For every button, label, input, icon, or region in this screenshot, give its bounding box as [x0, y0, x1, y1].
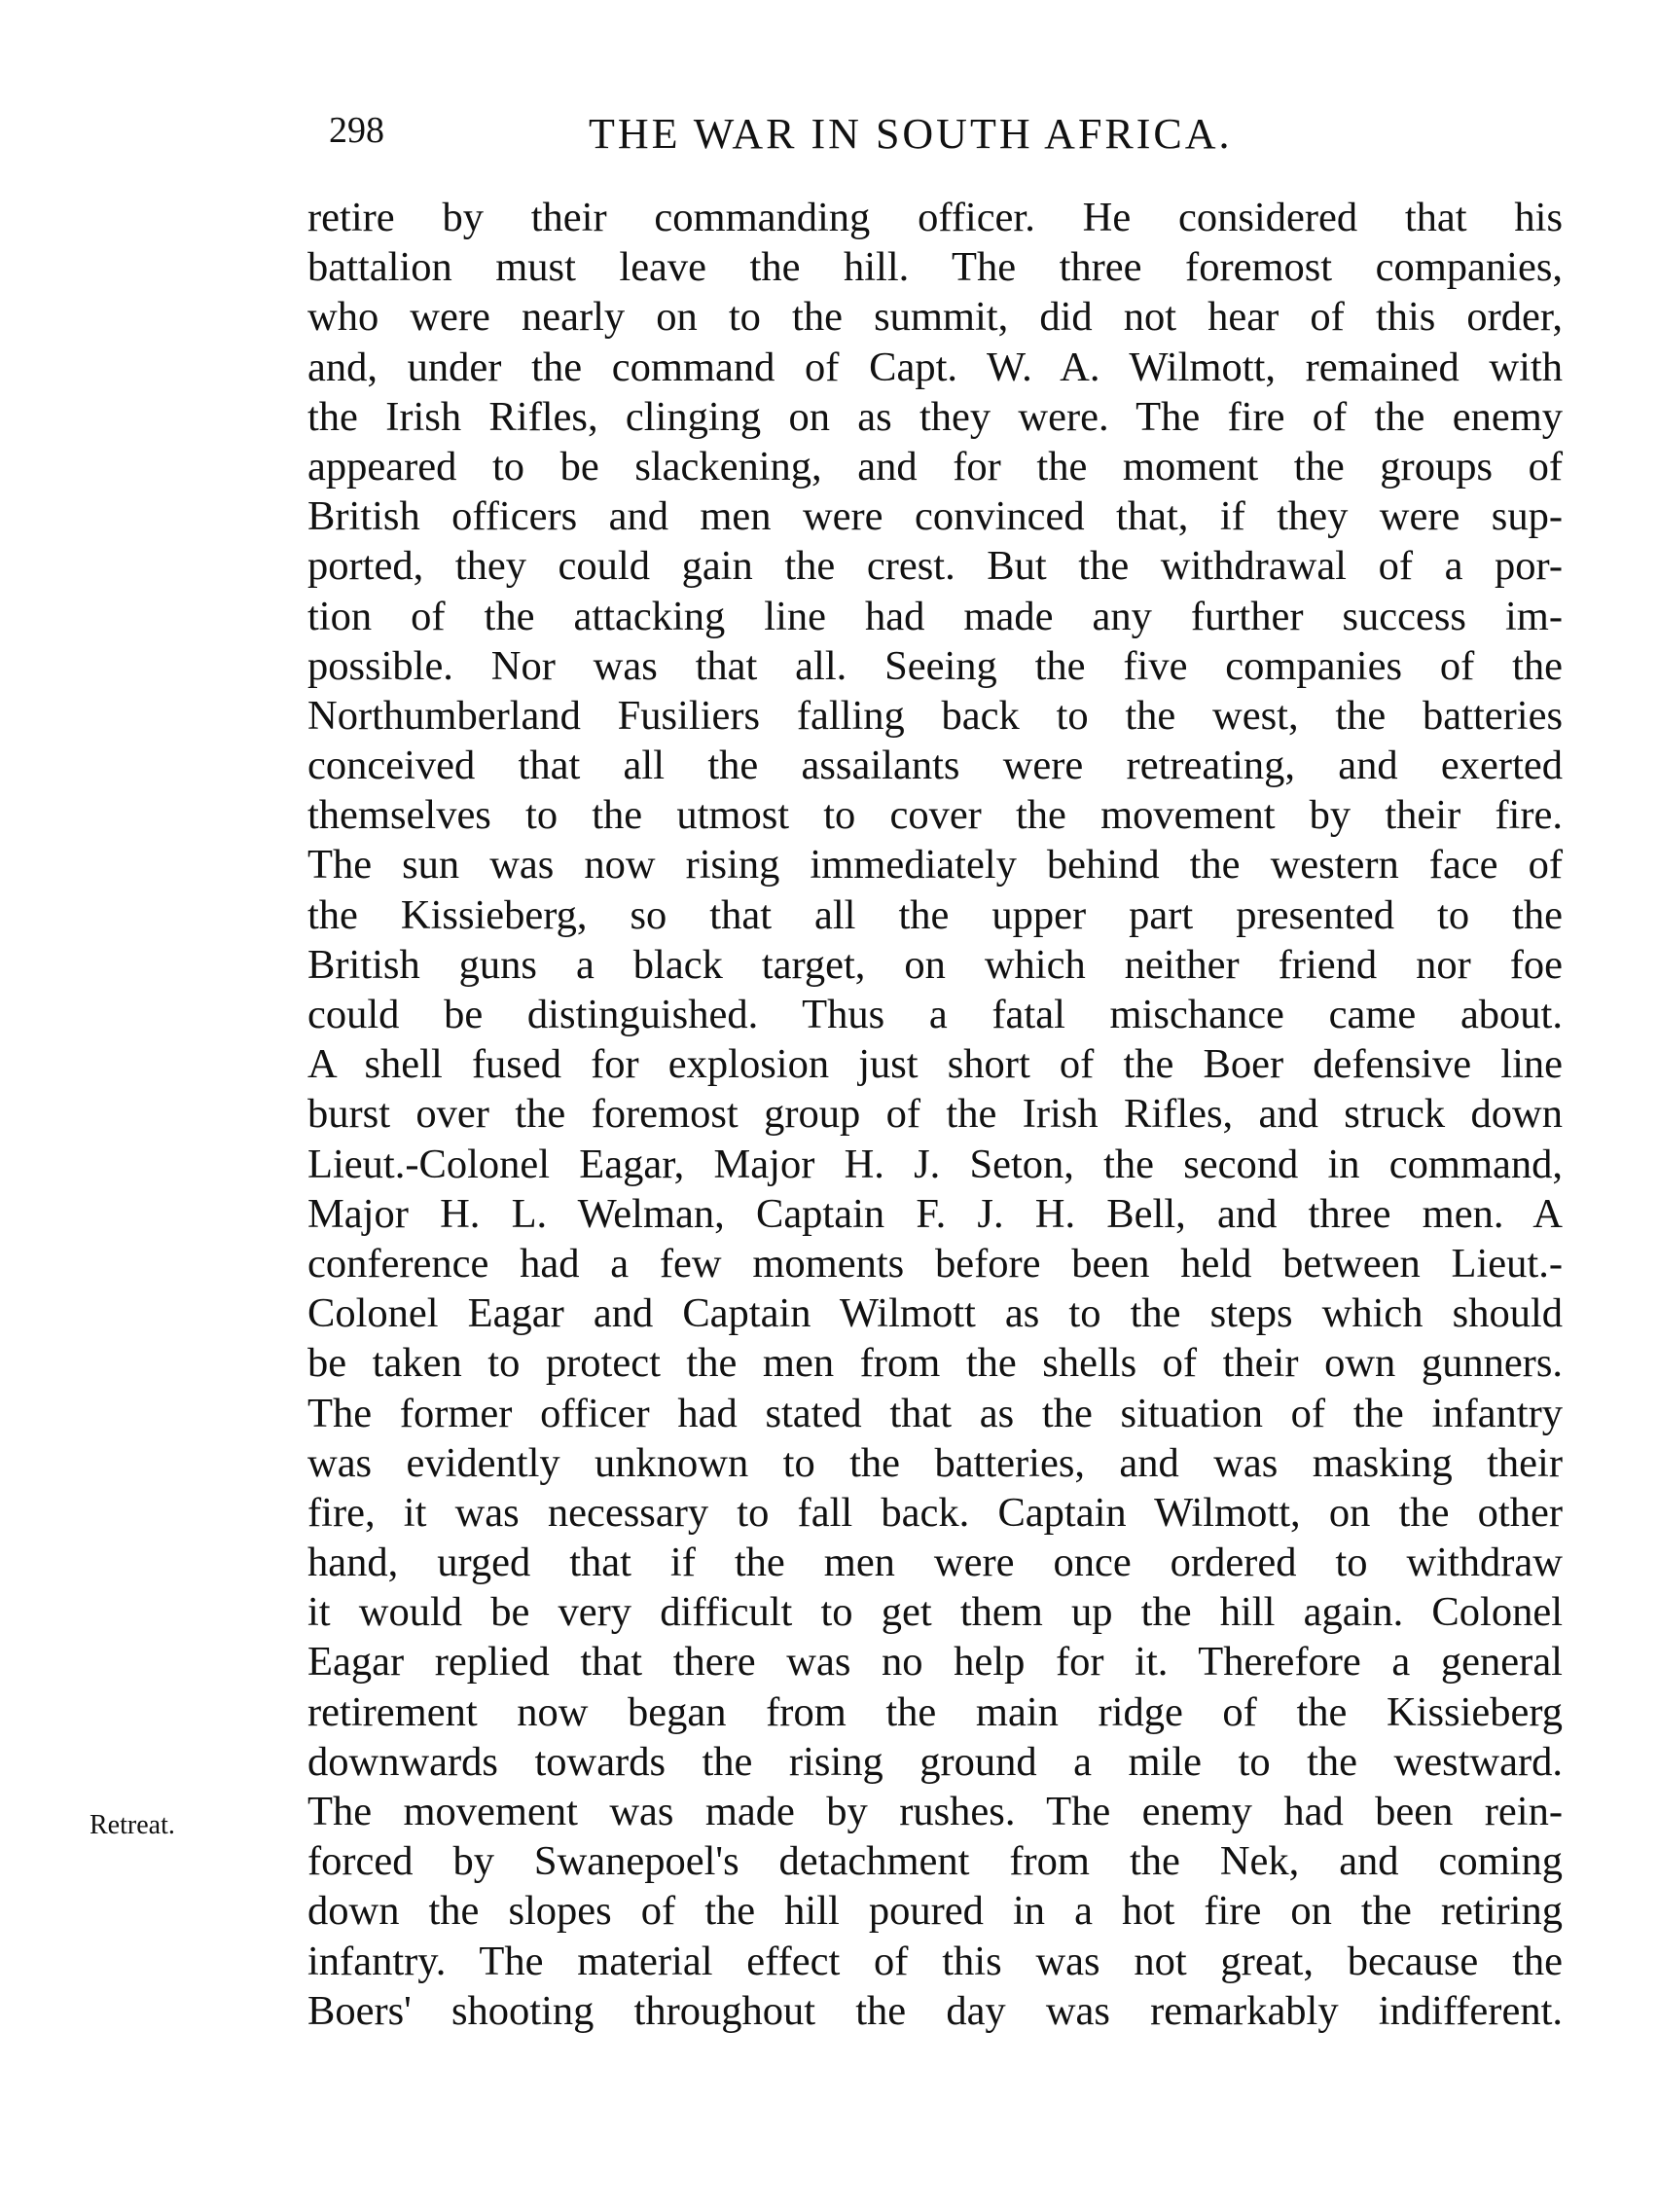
- text-line: The movement was made by rushes. The ene…: [307, 1787, 1563, 1836]
- text-line: infantry. The material effect of this wa…: [307, 1937, 1563, 1986]
- text-line: conceived that all the assailants were r…: [307, 741, 1563, 790]
- text-line: and, under the command of Capt. W. A. Wi…: [307, 343, 1563, 392]
- text-line: Major H. L. Welman, Captain F. J. H. Bel…: [307, 1189, 1563, 1239]
- text-line: the Kissieberg, so that all the upper pa…: [307, 890, 1563, 940]
- text-line: British officers and men were convinced …: [307, 491, 1563, 541]
- text-line: hand, urged that if the men were once or…: [307, 1538, 1563, 1587]
- text-line: Lieut.-Colonel Eagar, Major H. J. Seton,…: [307, 1140, 1563, 1189]
- text-line: possible. Nor was that all. Seeing the f…: [307, 641, 1563, 691]
- text-line: appeared to be slackening, and for the m…: [307, 442, 1563, 491]
- margin-note: Retreat.: [90, 1810, 175, 1841]
- running-head: THE WAR IN SOUTH AFRICA.: [589, 109, 1233, 159]
- text-line: retirement now began from the main ridge…: [307, 1687, 1563, 1737]
- text-line: down the slopes of the hill poured in a …: [307, 1886, 1563, 1936]
- text-line: Eagar replied that there was no help for…: [307, 1637, 1563, 1686]
- text-line: The sun was now rising immediately behin…: [307, 840, 1563, 889]
- text-line: the Irish Rifles, clinging on as they we…: [307, 392, 1563, 442]
- page-number: 298: [329, 109, 384, 152]
- text-line: was evidently unknown to the batteries, …: [307, 1438, 1563, 1488]
- text-line: The former officer had stated that as th…: [307, 1389, 1563, 1438]
- text-line: who were nearly on to the summit, did no…: [307, 292, 1563, 342]
- text-line: fire, it was necessary to fall back. Cap…: [307, 1488, 1563, 1538]
- text-line: Colonel Eagar and Captain Wilmott as to …: [307, 1288, 1563, 1338]
- text-line: downwards towards the rising ground a mi…: [307, 1737, 1563, 1787]
- text-line: retire by their commanding officer. He c…: [307, 193, 1563, 242]
- text-line: ported, they could gain the crest. But t…: [307, 541, 1563, 591]
- text-line: it would be very difficult to get them u…: [307, 1587, 1563, 1637]
- text-line: Boers' shooting throughout the day was r…: [307, 1986, 1563, 2036]
- text-line: be taken to protect the men from the she…: [307, 1338, 1563, 1388]
- text-line: A shell fused for explosion just short o…: [307, 1039, 1563, 1089]
- text-line: forced by Swanepoel's detachment from th…: [307, 1836, 1563, 1886]
- text-line: battalion must leave the hill. The three…: [307, 242, 1563, 292]
- text-line: could be distinguished. Thus a fatal mis…: [307, 990, 1563, 1039]
- text-line: tion of the attacking line had made any …: [307, 592, 1563, 641]
- body-text: retire by their commanding officer. He c…: [307, 193, 1563, 2036]
- text-line: themselves to the utmost to cover the mo…: [307, 790, 1563, 840]
- text-line: conference had a few moments before been…: [307, 1239, 1563, 1288]
- text-line: burst over the foremost group of the Iri…: [307, 1089, 1563, 1139]
- text-line: British guns a black target, on which ne…: [307, 940, 1563, 990]
- text-line: Northumberland Fusiliers falling back to…: [307, 691, 1563, 741]
